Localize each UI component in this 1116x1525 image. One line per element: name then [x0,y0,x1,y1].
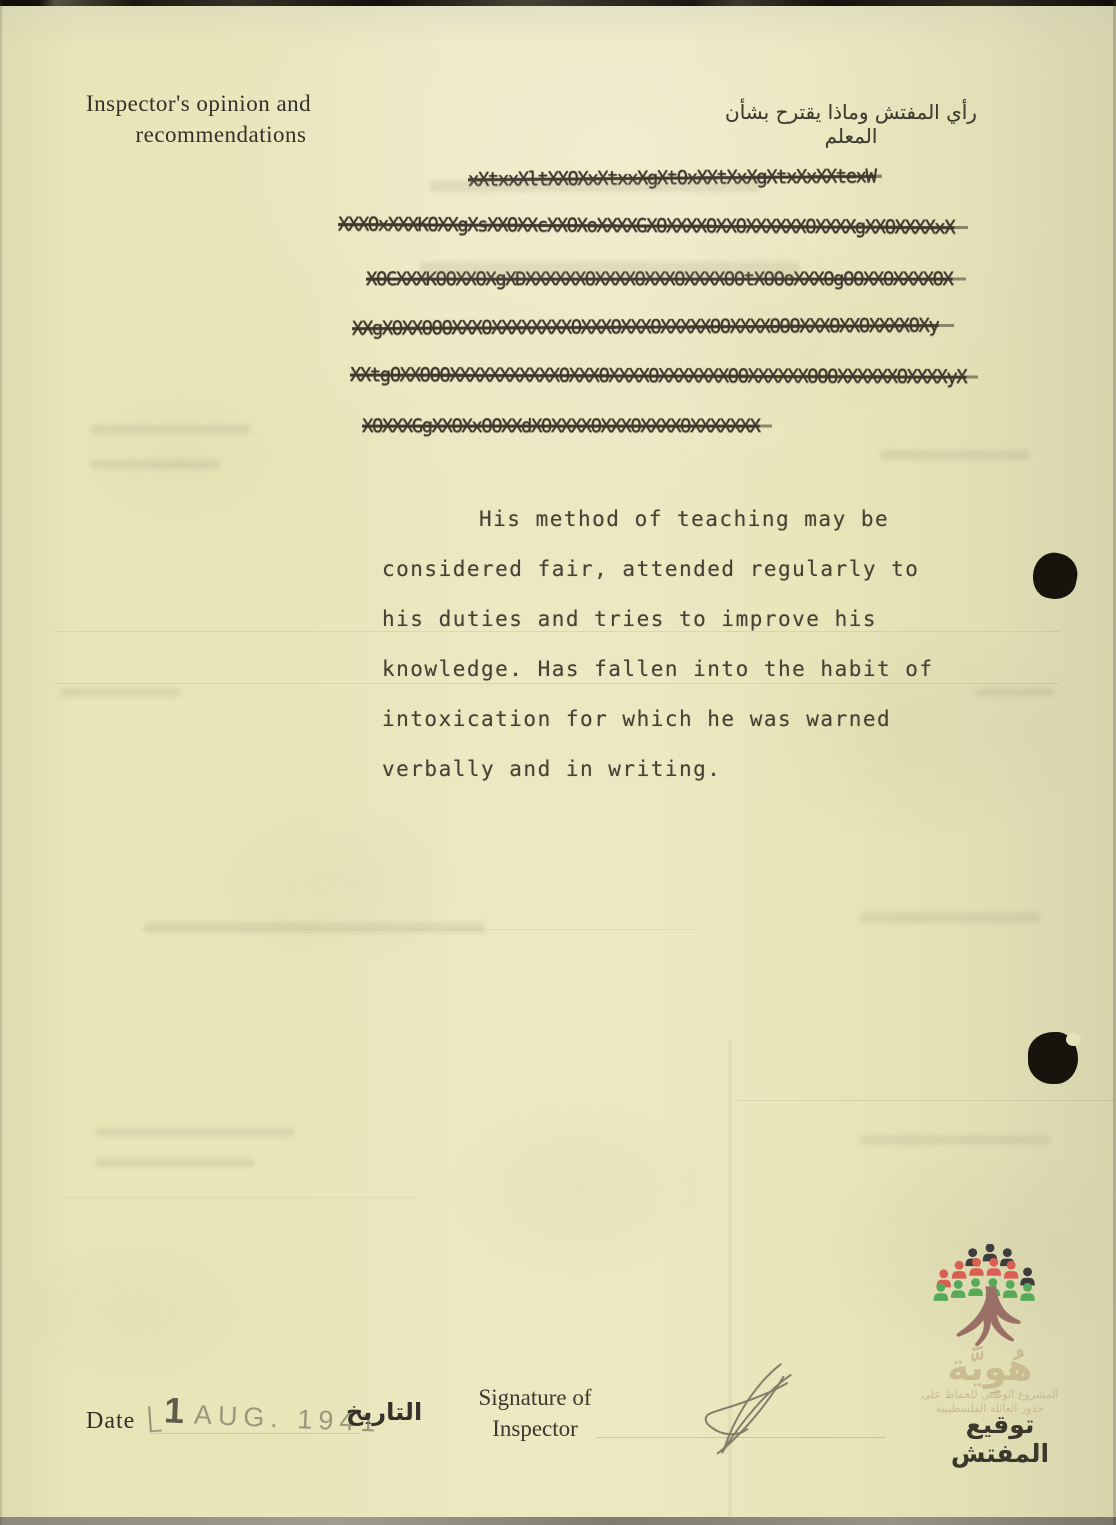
signature-label-arabic: توقيع المفتش [922,1410,1078,1468]
remarks-line: knowledge. Has fallen into the habit of [382,644,982,694]
inspectors-opinion-label-line1: Inspector's opinion and [86,88,356,119]
scan-edge-bottom [0,1517,1116,1525]
remarks-line: his duties and tries to improve his [382,594,982,644]
scan-edge-top [0,0,1116,6]
obliterated-line: XXtgOXXOOOXXXXXXXXXXXOXXXOXXXXOXXXXXXXOO… [350,362,978,390]
bleed-through-mark [145,922,485,933]
obliterated-line: XXgXOXXOOOXXXOXXXXXXXXOXXXOXXXOXXXXXOOXX… [352,312,954,341]
inspectors-opinion-label: Inspector's opinion and recommendations [86,88,356,150]
signature-label-line2: Inspector [450,1413,620,1444]
faint-rule-line [55,631,1060,632]
logo-tagline-line1: المشروع الوطني للحفاظ على [905,1388,1075,1402]
heritage-project-logo: هُوِيَّة المشروع الوطني للحفاظ على جذور … [905,1244,1075,1416]
punch-hole [1029,549,1082,603]
stamp-edge-mark [148,1406,162,1433]
inspectors-opinion-label-line2: recommendations [86,119,356,150]
signature-of-inspector-label: Signature of Inspector [450,1382,620,1444]
obliterated-line: XOXXXGgXXOXxOOXXdXOXXXXOXXXOXXXXOXXXXXXX [362,413,772,439]
inspector-remarks-paragraph: His method of teaching may be considered… [382,494,982,794]
faint-rule-line [60,1197,420,1198]
remarks-line: His method of teaching may be [382,494,982,544]
remarks-line: verbally and in writing. [382,744,982,794]
family-tree-icon [923,1244,1057,1348]
bleed-through-mark [975,688,1055,697]
date-label: Date [86,1408,135,1435]
bleed-through-mark [420,262,800,278]
logo-tagline-line2: جذور العائلة الفلسطينية [905,1402,1075,1416]
remarks-line: considered fair, attended regularly to [382,544,982,594]
bleed-through-mark [880,450,1030,460]
bleed-through-mark [95,1158,255,1167]
bleed-through-mark [60,688,180,697]
inspector-signature [688,1350,823,1465]
obliterated-line: XXXOxXXXKOXXgXsXXOXXcXXOXoXXXXGXOXXXXOXX… [338,211,968,240]
paper-crease [738,1100,1116,1101]
scan-edge-left [0,0,2,1525]
bleed-through-mark [90,460,220,469]
faint-rule-line [55,683,1060,684]
signature-label-line1: Signature of [450,1382,620,1413]
logo-wordmark: هُوِيَّة [905,1348,1075,1388]
bleed-through-mark [860,1135,1050,1145]
date-stamp-day: 1 [163,1389,185,1431]
scanned-document-page: Inspector's opinion and recommendations … [0,0,1116,1525]
date-rule-line [150,1433,360,1434]
inspectors-opinion-label-arabic: رأي المفتش وماذا يقترح بشأن المعلم [706,100,996,148]
punch-hole [1028,1032,1078,1084]
date-label-arabic: التاريخ [346,1398,422,1426]
bleed-through-mark [90,425,250,434]
bleed-through-mark [95,1128,295,1137]
bleed-through-mark [860,912,1040,923]
remarks-line: intoxication for which he was warned [382,694,982,744]
bleed-through-mark [430,180,760,192]
